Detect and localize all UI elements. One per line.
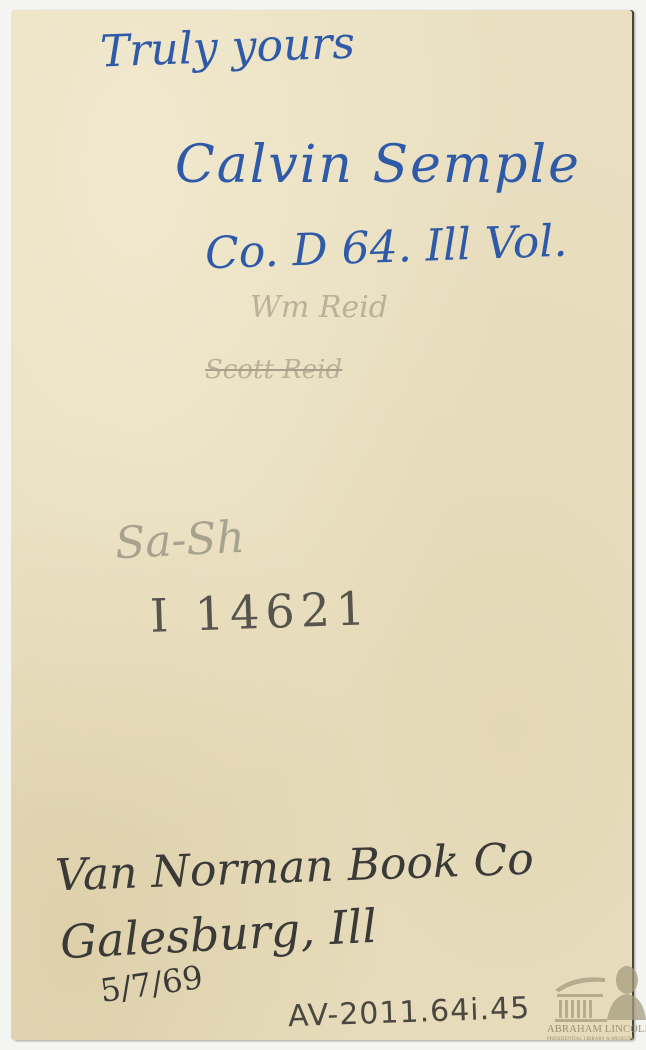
watermark-subtitle: PRESIDENTIAL LIBRARY & MUSEUM: [547, 1037, 633, 1042]
inscription-name: Calvin Semple: [175, 135, 581, 195]
inscription-faint-name: Wm Reid: [250, 290, 388, 325]
lincoln-building-icon: [545, 960, 646, 1026]
inscription-catalog-number: I 14621: [149, 581, 372, 643]
inscription-truly-yours: Truly yours: [99, 18, 356, 78]
inscription-index: Sa-Sh: [114, 512, 246, 570]
inscription-struck-name: Scott Reid: [205, 355, 342, 385]
library-watermark-logo: ABRAHAM LINCOLN PRESIDENTIAL LIBRARY & M…: [545, 960, 646, 1050]
watermark-name: ABRAHAM LINCOLN: [547, 1024, 646, 1035]
